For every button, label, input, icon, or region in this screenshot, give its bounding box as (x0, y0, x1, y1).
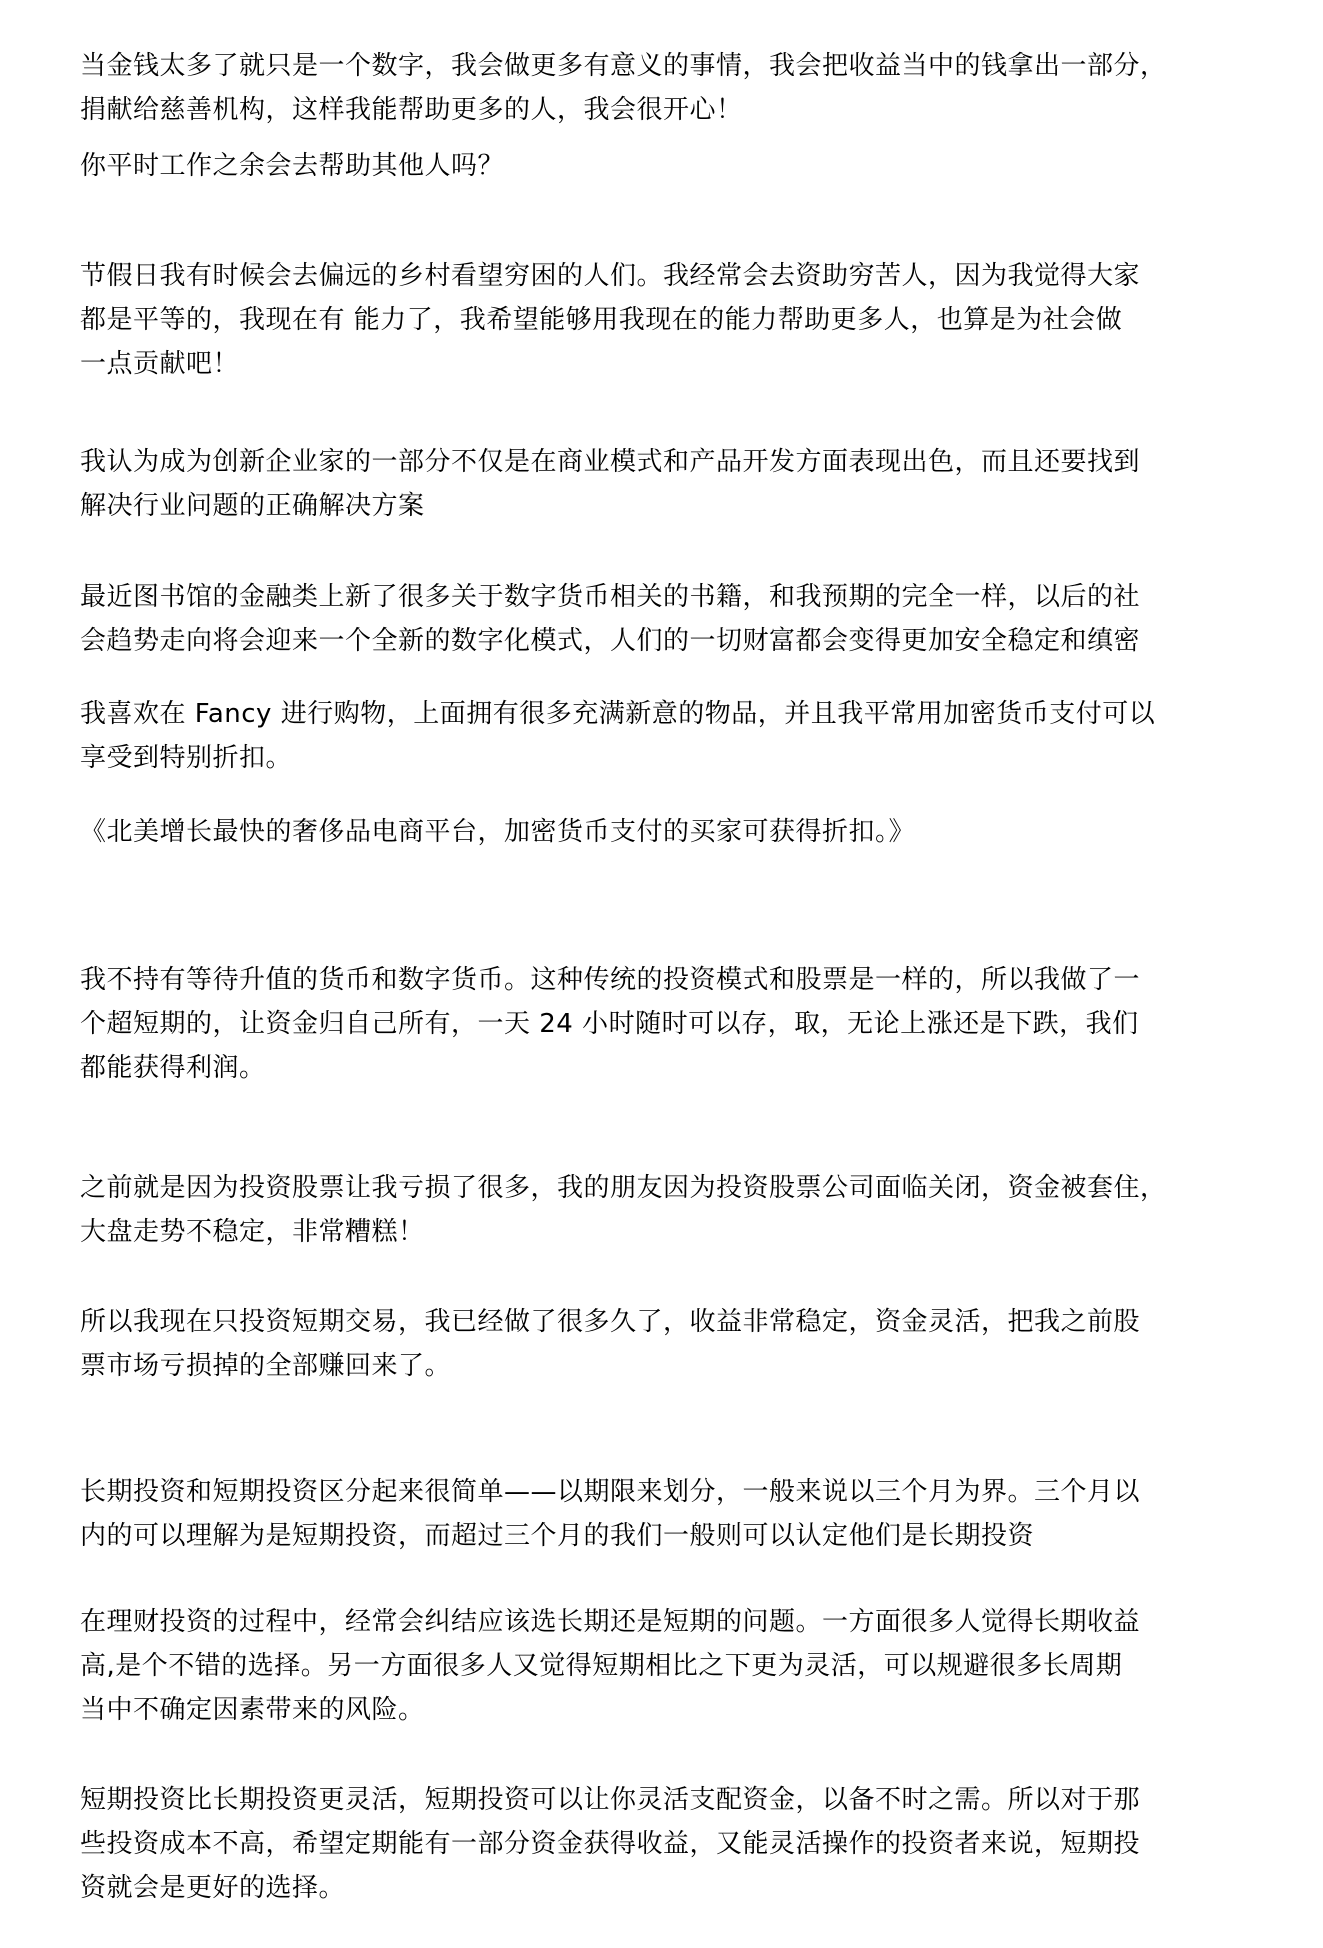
document-page: 当金钱太多了就只是一个数字，我会做更多有意义的事情，我会把收益当中的钱拿出一部分… (0, 0, 1323, 1948)
paragraph-short-term-trading: 所以我现在只投资短期交易，我已经做了很多久了，收益非常稳定，资金灵活，把我之前股… (80, 1300, 1260, 1388)
paragraph-fancy-shopping: 我喜欢在 Fancy 进行购物，上面拥有很多充满新意的物品，并且我平常用加密货币… (80, 692, 1260, 780)
text-line: 都能获得利润。 (80, 1046, 1260, 1090)
text-line: 所以我现在只投资短期交易，我已经做了很多久了，收益非常稳定，资金灵活，把我之前股 (80, 1300, 1260, 1344)
text-line: 之前就是因为投资股票让我亏损了很多，我的朋友因为投资股票公司面临关闭，资金被套住… (80, 1166, 1260, 1210)
paragraph-question: 你平时工作之余会去帮助其他人吗？ (80, 144, 1260, 188)
text-line: 解决行业问题的正确解决方案 (80, 484, 1260, 528)
paragraph-short-term-strategy: 我不持有等待升值的货币和数字货币。这种传统的投资模式和股票是一样的，所以我做了一… (80, 958, 1260, 1090)
text-line: 我认为成为创新企业家的一部分不仅是在商业模式和产品开发方面表现出色，而且还要找到 (80, 440, 1260, 484)
text-line: 在理财投资的过程中，经常会纠结应该选长期还是短期的问题。一方面很多人觉得长期收益 (80, 1600, 1260, 1644)
text-line: 享受到特别折扣。 (80, 736, 1260, 780)
text-line: 一点贡献吧！ (80, 342, 1260, 386)
paragraph-quote-title: 《北美增长最快的奢侈品电商平台，加密货币支付的买家可获得折扣。》 (80, 810, 1260, 854)
paragraph-helping-others: 节假日我有时候会去偏远的乡村看望穷困的人们。我经常会去资助穷苦人，因为我觉得大家… (80, 254, 1260, 386)
text-line: 我喜欢在 Fancy 进行购物，上面拥有很多充满新意的物品，并且我平常用加密货币… (80, 692, 1260, 736)
text-line: 我不持有等待升值的货币和数字货币。这种传统的投资模式和股票是一样的，所以我做了一 (80, 958, 1260, 1002)
text-line: 票市场亏损掉的全部赚回来了。 (80, 1344, 1260, 1388)
text-line: 大盘走势不稳定，非常糟糕！ (80, 1210, 1260, 1254)
text-line: 个超短期的，让资金归自己所有，一天 24 小时随时可以存，取，无论上涨还是下跌，… (80, 1002, 1260, 1046)
text-line: 短期投资比长期投资更灵活，短期投资可以让你灵活支配资金，以备不时之需。所以对于那 (80, 1778, 1260, 1822)
text-line: 些投资成本不高，希望定期能有一部分资金获得收益，又能灵活操作的投资者来说，短期投 (80, 1822, 1260, 1866)
paragraph-library-digital-currency: 最近图书馆的金融类上新了很多关于数字货币相关的书籍，和我预期的完全一样，以后的社… (80, 575, 1260, 663)
text-line: 资就会是更好的选择。 (80, 1866, 1260, 1910)
text-line: 捐献给慈善机构，这样我能帮助更多的人，我会很开心！ (80, 88, 1260, 132)
text-line: 内的可以理解为是短期投资，而超过三个月的我们一般则可以认定他们是长期投资 (80, 1514, 1260, 1558)
text-line: 当金钱太多了就只是一个数字，我会做更多有意义的事情，我会把收益当中的钱拿出一部分… (80, 44, 1260, 88)
text-line: 会趋势走向将会迎来一个全新的数字化模式，人们的一切财富都会变得更加安全稳定和缜密 (80, 619, 1260, 663)
text-line: 最近图书馆的金融类上新了很多关于数字货币相关的书籍，和我预期的完全一样，以后的社 (80, 575, 1260, 619)
text-line: 《北美增长最快的奢侈品电商平台，加密货币支付的买家可获得折扣。》 (80, 810, 1260, 854)
text-line: 当中不确定因素带来的风险。 (80, 1688, 1260, 1732)
text-line: 长期投资和短期投资区分起来很简单——以期限来划分，一般来说以三个月为界。三个月以 (80, 1470, 1260, 1514)
paragraph-entrepreneur: 我认为成为创新企业家的一部分不仅是在商业模式和产品开发方面表现出色，而且还要找到… (80, 440, 1260, 528)
text-line: 高,是个不错的选择。另一方面很多人又觉得短期相比之下更为灵活，可以规避很多长周期 (80, 1644, 1260, 1688)
text-line: 都是平等的，我现在有 能力了，我希望能够用我现在的能力帮助更多人，也算是为社会做 (80, 298, 1260, 342)
paragraph-stock-losses: 之前就是因为投资股票让我亏损了很多，我的朋友因为投资股票公司面临关闭，资金被套住… (80, 1166, 1260, 1254)
text-line: 节假日我有时候会去偏远的乡村看望穷困的人们。我经常会去资助穷苦人，因为我觉得大家 (80, 254, 1260, 298)
paragraph-long-vs-short-definition: 长期投资和短期投资区分起来很简单——以期限来划分，一般来说以三个月为界。三个月以… (80, 1470, 1260, 1558)
paragraph-investment-dilemma: 在理财投资的过程中，经常会纠结应该选长期还是短期的问题。一方面很多人觉得长期收益… (80, 1600, 1260, 1732)
paragraph-charity: 当金钱太多了就只是一个数字，我会做更多有意义的事情，我会把收益当中的钱拿出一部分… (80, 44, 1260, 132)
text-line: 你平时工作之余会去帮助其他人吗？ (80, 144, 1260, 188)
paragraph-short-term-flexibility: 短期投资比长期投资更灵活，短期投资可以让你灵活支配资金，以备不时之需。所以对于那… (80, 1778, 1260, 1910)
